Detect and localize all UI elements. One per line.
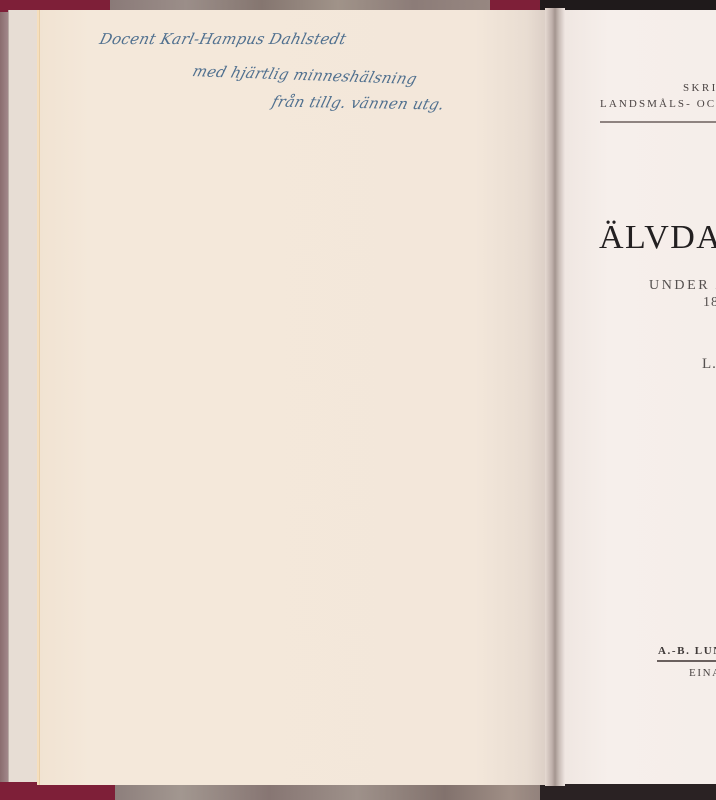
- inscription-line-1: Docent Karl-Hampus Dahlstedt: [98, 30, 349, 48]
- background-top-right: [540, 0, 716, 10]
- subtitle-line-1: UNDER A: [649, 278, 716, 294]
- series-title-line-1: SKRI: [683, 82, 716, 94]
- author-initial: L.: [702, 356, 716, 373]
- book-photo: Docent Karl-Hampus Dahlstedt med hjärtli…: [0, 0, 716, 800]
- page-block-top-edge: [110, 0, 490, 10]
- series-title-line-2: LANDSMÅLS- OCH: [600, 98, 716, 110]
- cover-inner-edge: [0, 12, 8, 782]
- endpaper-strip: [8, 10, 39, 782]
- inscription-line-3: från tillg. vännen utg.: [270, 92, 447, 113]
- book-title: ÄLVDAL: [599, 219, 716, 257]
- publisher-place: EINAI: [689, 667, 716, 679]
- background-bottom-right: [540, 784, 716, 800]
- flyleaf-page: [37, 10, 552, 785]
- subtitle-line-2: 18: [703, 295, 716, 311]
- publisher-name: A.-B. LUNDE: [658, 645, 716, 657]
- title-rule-top: [600, 121, 716, 123]
- book-gutter: [545, 8, 565, 786]
- publisher-rule: [657, 660, 716, 662]
- page-block-bottom-edge: [115, 785, 555, 800]
